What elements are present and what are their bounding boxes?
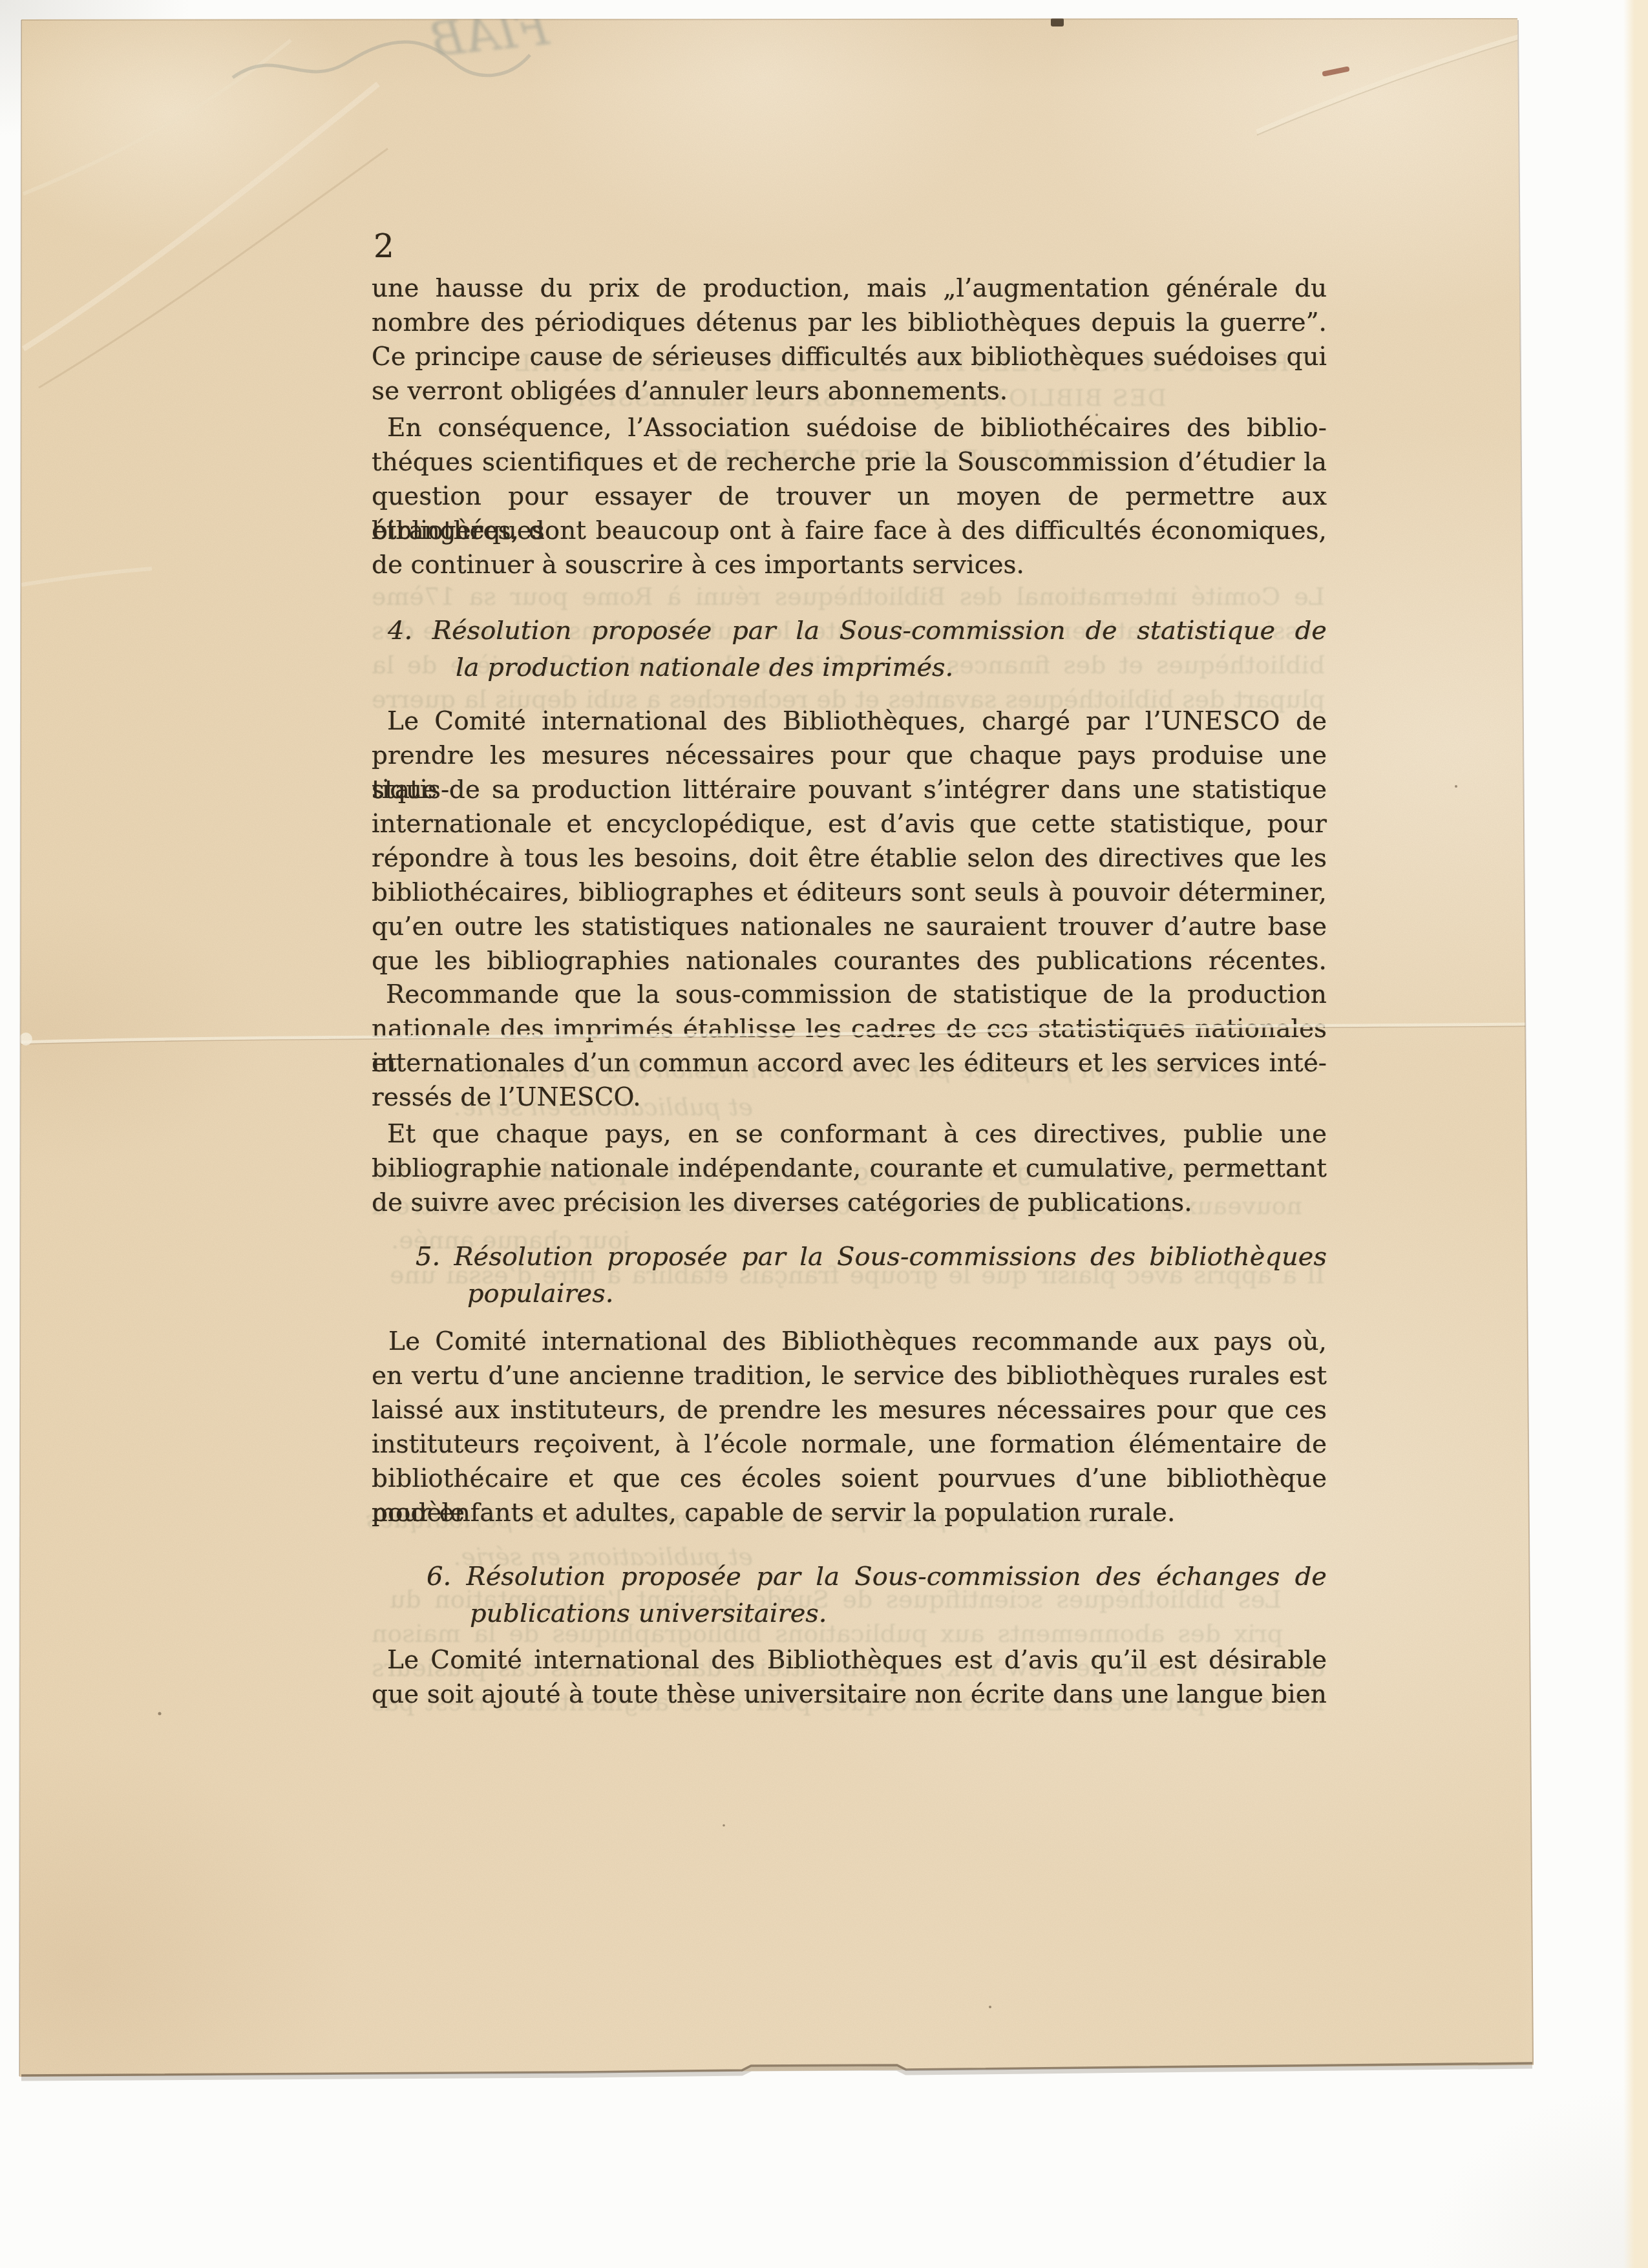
paper-grain	[0, 0, 1648, 2268]
document-page: RÉSOLUTIONS VOTÉES PAR LE COMITÉ INTERNA…	[0, 0, 1648, 2268]
scan-background: { "colors":{ "paper":"#ecd9ba", "ink":"#…	[0, 0, 1648, 2268]
adjacent-page-edge	[1623, 0, 1648, 2268]
